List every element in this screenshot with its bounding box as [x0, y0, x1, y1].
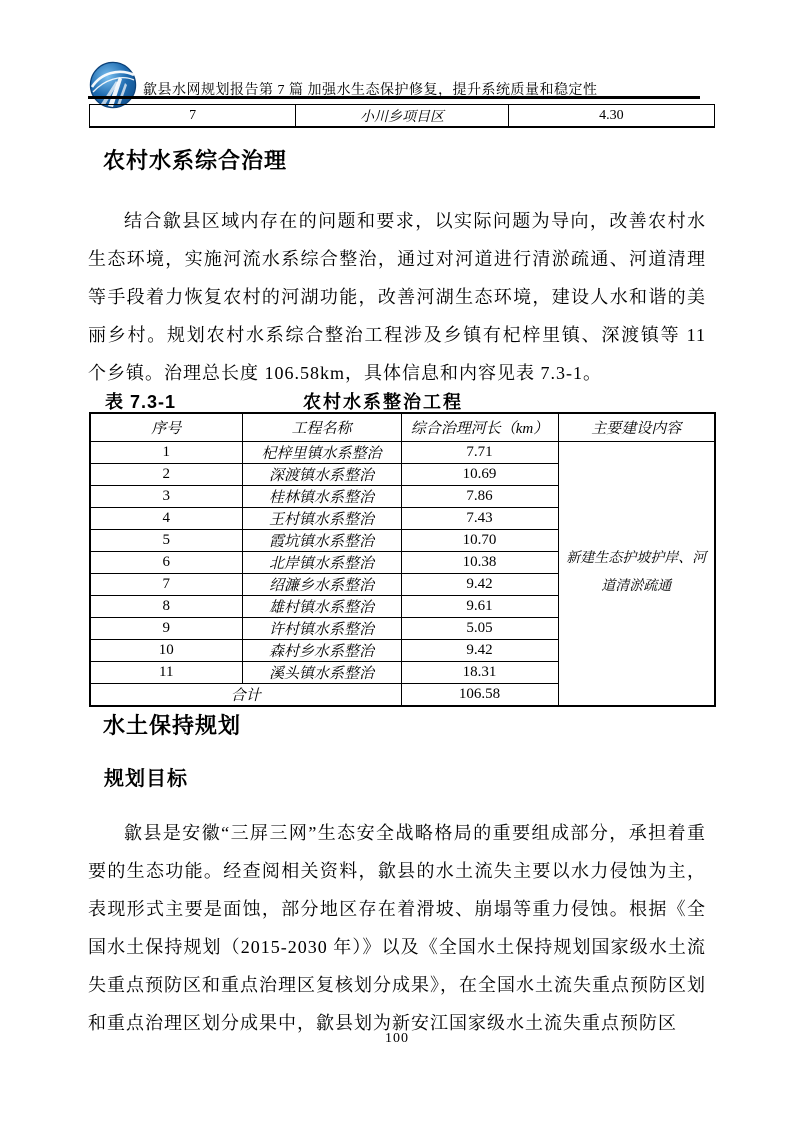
total-value-cell: 106.58 [401, 683, 558, 706]
header-length-cell: 综合治理河长（km） [401, 413, 558, 441]
row-project-name-cell: 北岸镇水系整治 [242, 551, 401, 573]
total-label-cell: 合计 [90, 683, 401, 706]
row-seq-cell: 4 [90, 507, 242, 529]
table-body: 1杞梓里镇水系整治7.71新建生态护坡护岸、河道清淤疏通2深渡镇水系整治10.6… [90, 441, 715, 706]
row-project-name-cell: 杞梓里镇水系整治 [242, 441, 401, 463]
row-project-name-cell: 王村镇水系整治 [242, 507, 401, 529]
row-project-name-cell: 深渡镇水系整治 [242, 463, 401, 485]
row-length-cell: 7.86 [401, 485, 558, 507]
row-seq-cell: 6 [90, 551, 242, 573]
logo-svg [89, 61, 137, 109]
table-caption-label: 表 7.3-1 [105, 388, 176, 414]
document-page: 歙县水网规划报告第 7 篇 加强水生态保护修复，提升系统质量和稳定性 7 小川乡… [0, 0, 794, 1122]
row-project-name-cell: 许村镇水系整治 [242, 617, 401, 639]
row-length-cell: 9.42 [401, 639, 558, 661]
row-project-name-cell: 森村乡水系整治 [242, 639, 401, 661]
page-number: 100 [0, 1031, 794, 1047]
row-project-name-cell: 绍濂乡水系整治 [242, 573, 401, 595]
row-seq-cell: 3 [90, 485, 242, 507]
row-project-name-cell: 溪头镇水系整治 [242, 661, 401, 683]
main-construction-content-cell: 新建生态护坡护岸、河道清淤疏通 [558, 441, 715, 706]
table-caption: 表 7.3-1 农村水系整治工程 [89, 388, 714, 410]
header-content-cell: 主要建设内容 [558, 413, 715, 441]
table-row-1: 1杞梓里镇水系整治7.71新建生态护坡护岸、河道清淤疏通 [90, 441, 715, 463]
row-length-cell: 10.69 [401, 463, 558, 485]
row-length-cell: 7.71 [401, 441, 558, 463]
row-seq-cell: 8 [90, 595, 242, 617]
fragment-row: 7 小川乡项目区 4.30 [90, 105, 715, 128]
row-length-cell: 9.42 [401, 573, 558, 595]
row-seq-cell: 9 [90, 617, 242, 639]
row-length-cell: 7.43 [401, 507, 558, 529]
fragment-seq-cell: 7 [90, 105, 296, 128]
row-length-cell: 9.61 [401, 595, 558, 617]
continued-table-fragment: 7 小川乡项目区 4.30 [89, 104, 715, 128]
table-caption-title: 农村水系整治工程 [303, 388, 463, 414]
table-header-row: 序号 工程名称 综合治理河长（km） 主要建设内容 [90, 413, 715, 441]
row-length-cell: 10.70 [401, 529, 558, 551]
row-seq-cell: 7 [90, 573, 242, 595]
fragment-name-cell: 小川乡项目区 [296, 105, 508, 128]
row-seq-cell: 1 [90, 441, 242, 463]
row-length-cell: 10.38 [401, 551, 558, 573]
header-name-cell: 工程名称 [242, 413, 401, 441]
section-heading-rural-water: 农村水系综合治理 [103, 144, 287, 175]
row-length-cell: 18.31 [401, 661, 558, 683]
subheading-planning-goal: 规划目标 [104, 762, 188, 791]
row-seq-cell: 11 [90, 661, 242, 683]
paragraph-soil-conservation: 歙县是安徽“三屏三网”生态安全战略格局的重要组成部分，承担着重要的生态功能。经查… [88, 814, 706, 1042]
row-seq-cell: 10 [90, 639, 242, 661]
water-network-globe-logo-icon [89, 61, 137, 109]
header-rule [88, 96, 700, 99]
section-heading-soil-conservation: 水土保持规划 [103, 709, 241, 740]
paragraph-rural-water: 结合歙县区域内存在的问题和要求，以实际问题为导向，改善农村水生态环境，实施河流水… [88, 202, 706, 392]
row-length-cell: 5.05 [401, 617, 558, 639]
row-project-name-cell: 雄村镇水系整治 [242, 595, 401, 617]
header-seq-cell: 序号 [90, 413, 242, 441]
row-project-name-cell: 桂林镇水系整治 [242, 485, 401, 507]
rural-water-projects-table: 序号 工程名称 综合治理河长（km） 主要建设内容 1杞梓里镇水系整治7.71新… [89, 412, 716, 707]
row-seq-cell: 5 [90, 529, 242, 551]
row-project-name-cell: 霞坑镇水系整治 [242, 529, 401, 551]
fragment-value-cell: 4.30 [508, 105, 714, 128]
row-seq-cell: 2 [90, 463, 242, 485]
